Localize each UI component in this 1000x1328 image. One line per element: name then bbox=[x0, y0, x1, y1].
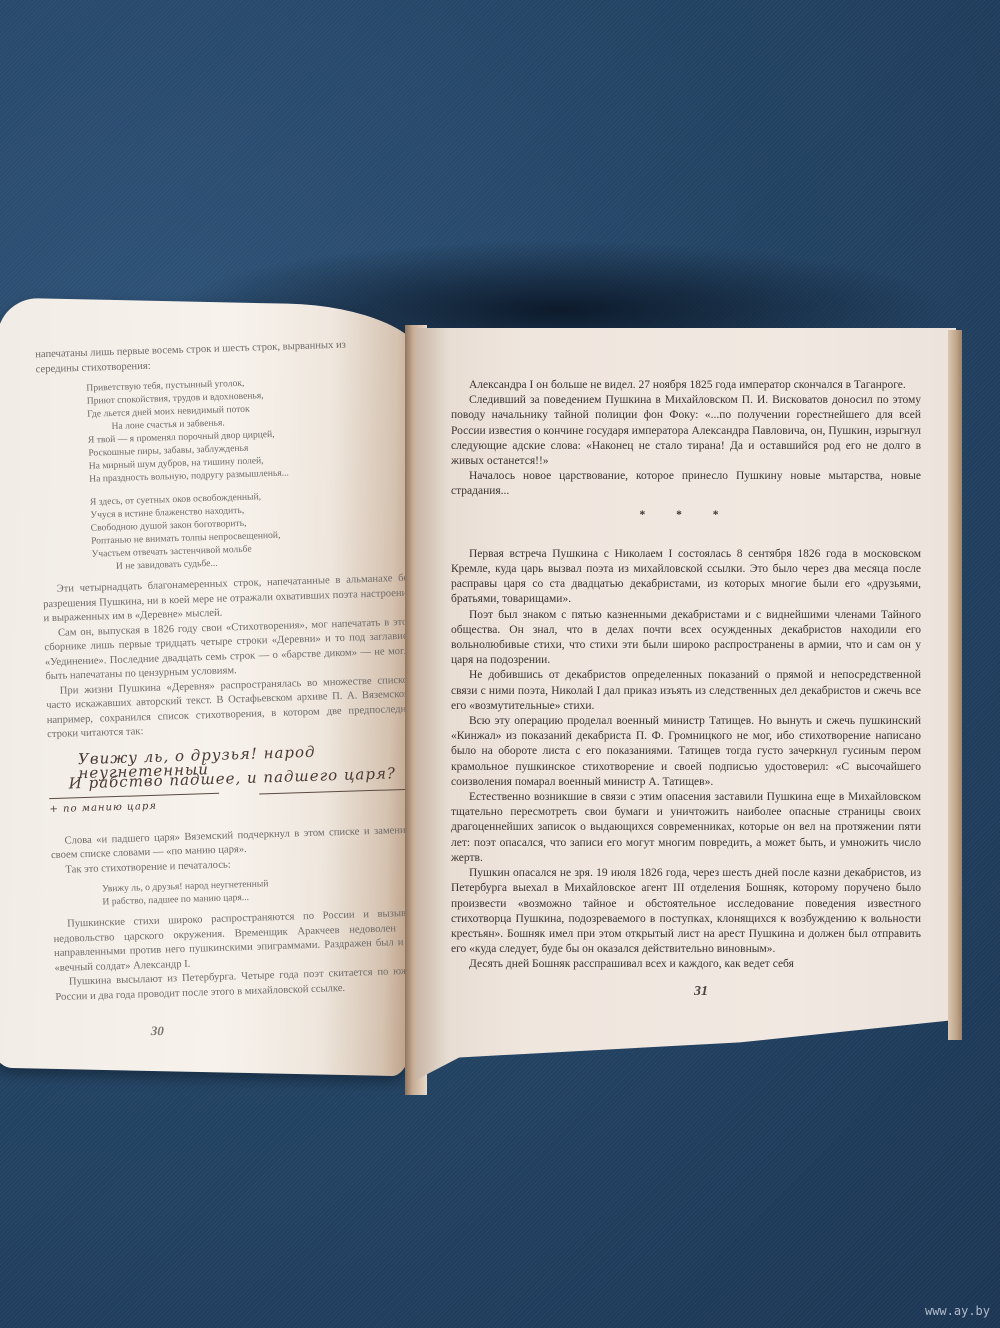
paragraph: Поэт был знаком с пятью казненными декаб… bbox=[451, 608, 921, 669]
left-page: напечатаны лишь первые восемь строк и ше… bbox=[0, 298, 428, 1077]
underline bbox=[259, 788, 409, 794]
page-number-left: 30 bbox=[151, 1023, 164, 1039]
paragraph: Десять дней Бошняк расспрашивал всех и к… bbox=[451, 957, 921, 972]
right-page-text: Александра I он больше не видел. 27 нояб… bbox=[451, 378, 921, 973]
left-page-text: напечатаны лишь первые восемь строк и ше… bbox=[35, 337, 425, 1005]
paragraph: Следивший за поведением Пушкина в Михайл… bbox=[451, 393, 921, 469]
manuscript-note: + по манию царя bbox=[49, 799, 157, 817]
watermark: www.ay.by bbox=[925, 1304, 990, 1318]
paragraph: Пушкин опасался не зря. 19 июля 1826 год… bbox=[451, 866, 921, 957]
paragraph: Не добившись от декабристов определенных… bbox=[451, 668, 921, 714]
underline bbox=[49, 792, 219, 798]
manuscript-facsimile: Увижу ль, о друзья! народ неугнетенный И… bbox=[48, 741, 420, 823]
right-page: Александра I он больше не видел. 27 нояб… bbox=[416, 328, 956, 1080]
paragraph: Первая встреча Пушкина с Николаем I сост… bbox=[451, 547, 921, 608]
page-number-right: 31 bbox=[694, 984, 708, 1000]
paragraph: Началось новое царствование, которое при… bbox=[451, 469, 921, 499]
section-separator: * * * bbox=[451, 508, 921, 523]
paragraph: Александра I он больше не видел. 27 нояб… bbox=[451, 378, 921, 393]
poem-quote: Увижу ль, о друзья! народ неугнетенныйИ … bbox=[102, 872, 423, 908]
paragraph: Естественно возникшие в связи с этим опа… bbox=[451, 790, 921, 866]
page-stack-edge bbox=[948, 330, 962, 1040]
paragraph: Всю эту операцию проделал военный минист… bbox=[451, 714, 921, 790]
poem-village: Приветствую тебя, пустынный уголок,Приют… bbox=[86, 372, 412, 574]
paragraph: При жизни Пушкина «Деревня» распространя… bbox=[46, 673, 418, 743]
